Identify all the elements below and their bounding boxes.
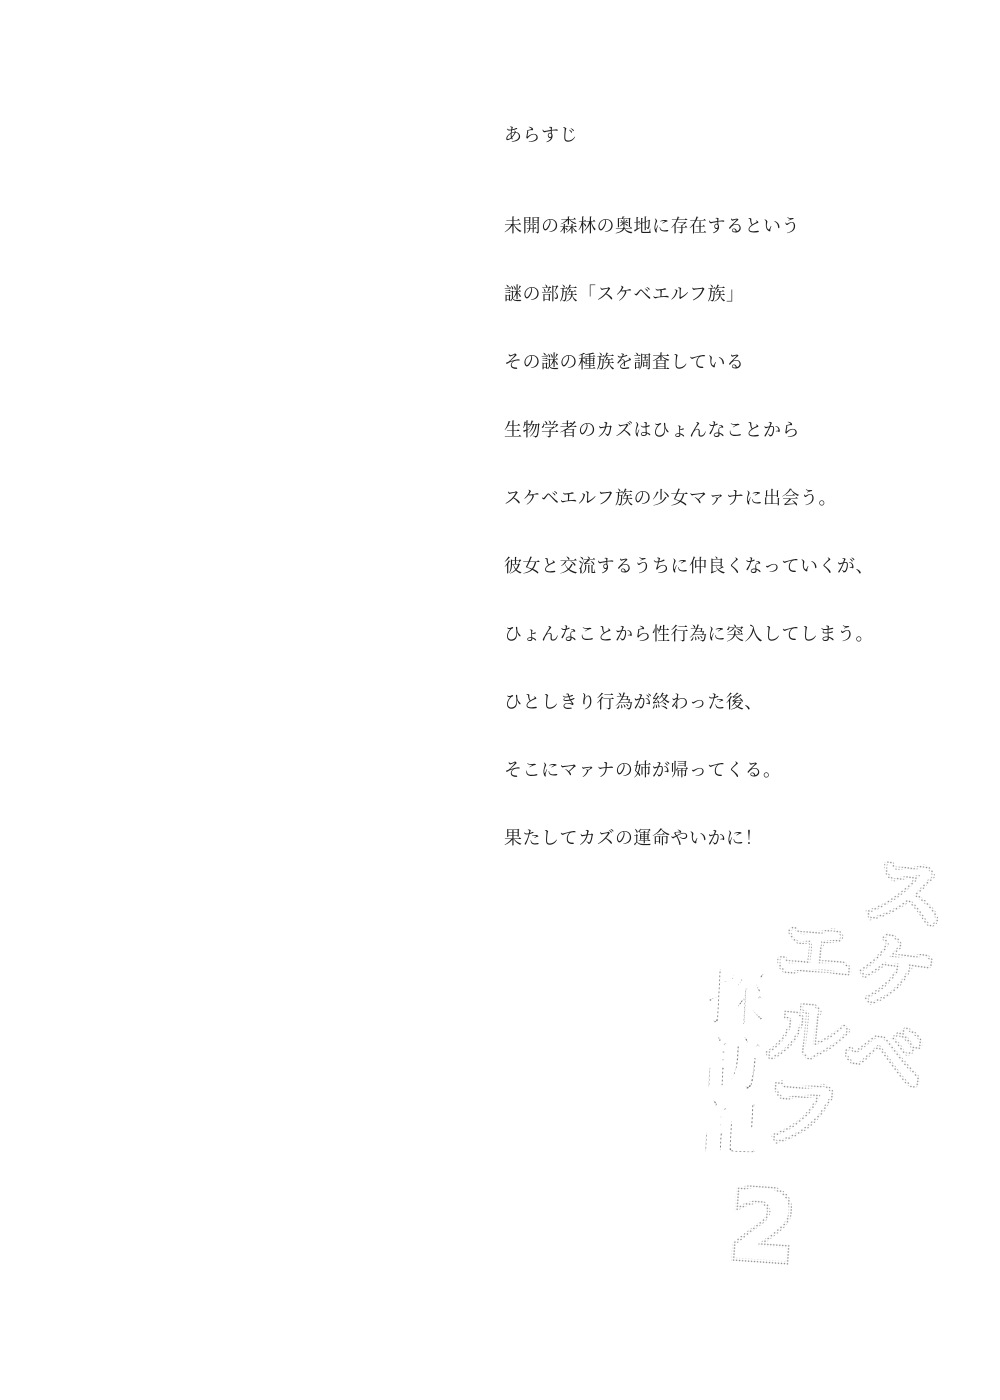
logo-sukebe: ス ケ ベ — [838, 850, 953, 1109]
synopsis-line: 謎の部族「スケベエルフ族」 — [504, 283, 745, 307]
synopsis-line: 彼女と交流するうちに仲良くなっていくが、 — [504, 555, 874, 579]
synopsis-heading: あらすじ — [504, 124, 578, 148]
title-logo: ス ケ ベ エ ル フ 探 訪 記 2 — [690, 850, 980, 1280]
synopsis-line: ひょんなことから性行為に突入してしまう。 — [504, 623, 874, 647]
logo-elf: エ ル フ — [758, 906, 858, 1162]
synopsis-line: そこにマァナの姉が帰ってくる。 — [504, 759, 782, 783]
logo-char: 記 — [697, 1090, 763, 1166]
logo-volume-number: 2 — [726, 1168, 800, 1280]
logo-char: フ — [758, 1065, 844, 1161]
synopsis-line: 生物学者のカズはひょんなことから — [504, 419, 800, 443]
title-logo-art: ス ケ ベ エ ル フ 探 訪 記 2 — [690, 850, 980, 1280]
synopsis-line: その謎の種族を調査している — [504, 351, 745, 375]
synopsis-line: 未開の森林の奥地に存在するという — [504, 215, 800, 239]
logo-char: ベ — [838, 1006, 930, 1109]
logo-tanbouki: 探 訪 記 — [697, 961, 770, 1167]
synopsis-line: スケベエルフ族の少女マァナに出会う。 — [504, 487, 837, 511]
synopsis-line: ひとしきり行為が終わった後、 — [504, 691, 763, 715]
synopsis-line: 果たしてカズの運命やいかに！ — [504, 827, 763, 851]
